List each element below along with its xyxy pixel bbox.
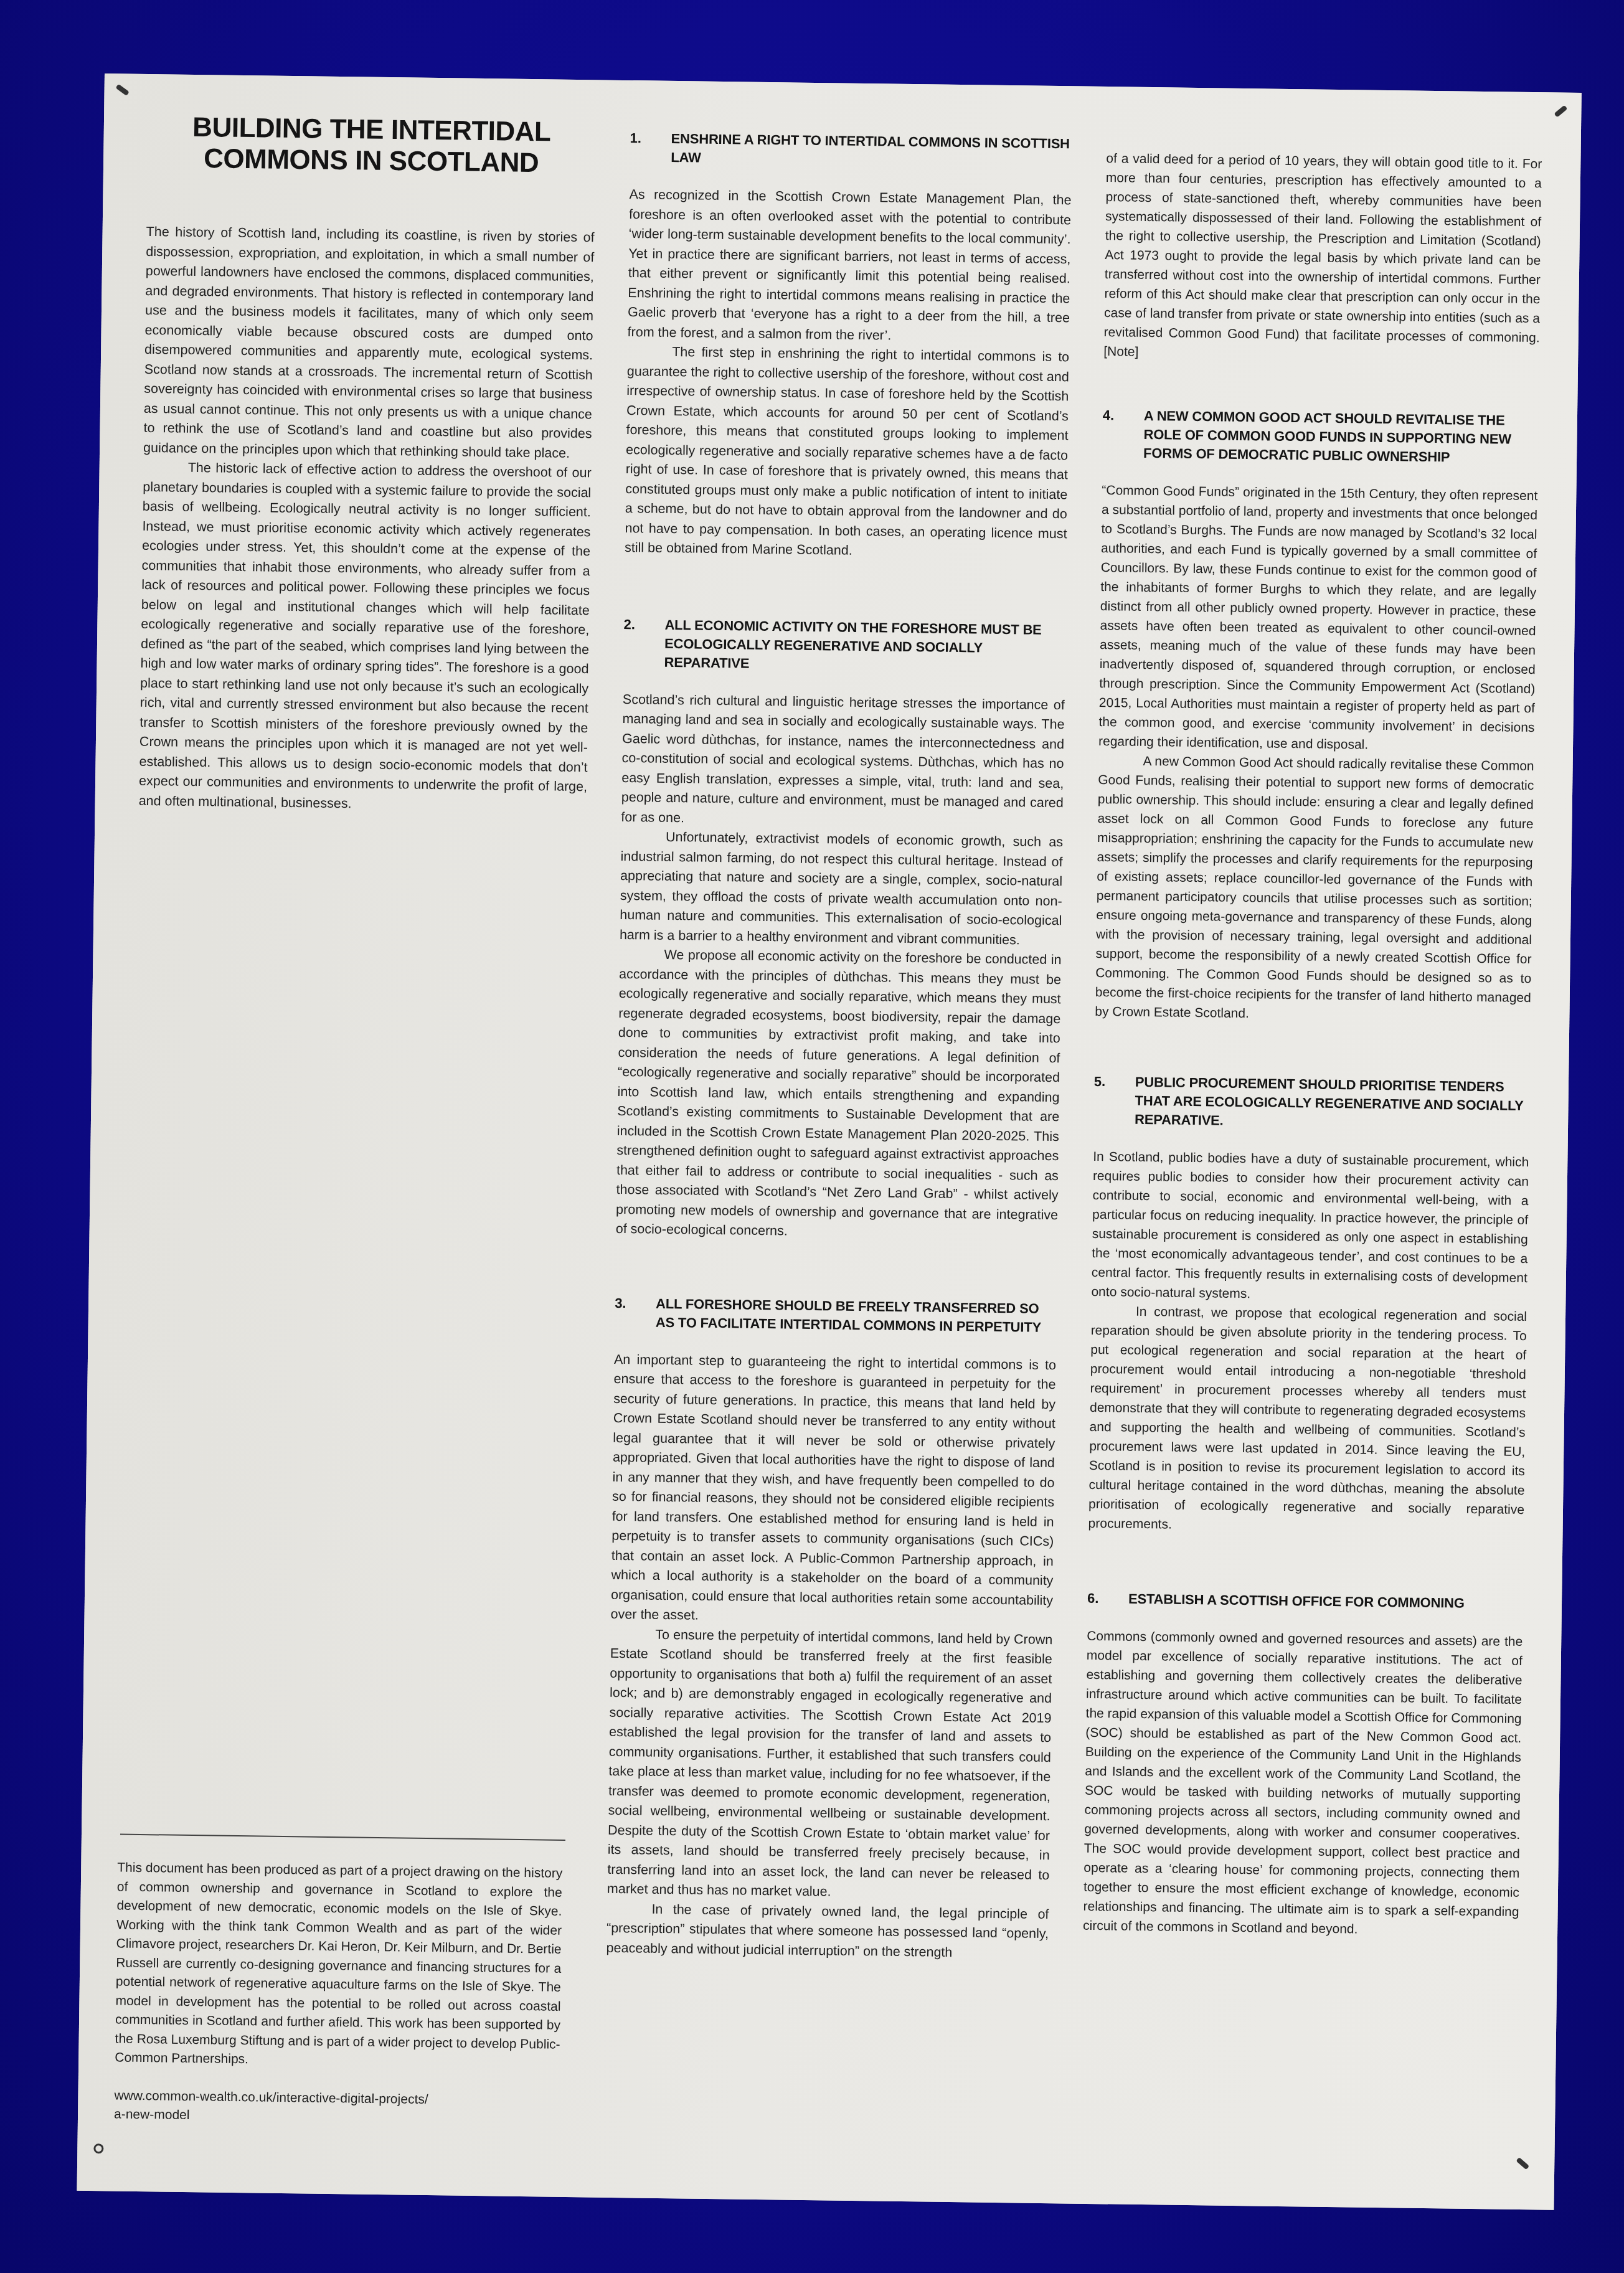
column-middle: 1. ENSHRINE A RIGHT TO INTERTIDAL COMMON… (606, 80, 1072, 1963)
paragraph: In Scotland, public bodies have a duty o… (1091, 1147, 1529, 1307)
url-line: www.common-wealth.co.uk/interactive-digi… (114, 2088, 428, 2107)
url-line: a-new-model (114, 2107, 190, 2122)
paragraph-continued: of a valid deed for a period of 10 years… (1103, 149, 1542, 367)
divider (120, 1834, 565, 1841)
paragraph: “Common Good Funds” originated in the 15… (1098, 481, 1538, 757)
section-number: 3. (615, 1293, 656, 1331)
intro-paragraph: The history of Scottish land, including … (143, 222, 595, 463)
section-number: 2. (623, 615, 665, 671)
section-4: 4. A NEW COMMON GOOD ACT SHOULD REVITALI… (1095, 406, 1539, 1027)
section-2: 2. ALL ECONOMIC ACTIVITY ON THE FORESHOR… (616, 615, 1066, 1244)
section-title: ALL ECONOMIC ACTIVITY ON THE FORESHORE M… (664, 615, 1066, 676)
section-title: ESTABLISH A SCOTTISH OFFICE FOR COMMONIN… (1128, 1590, 1523, 1614)
section-title: PUBLIC PROCUREMENT SHOULD PRIORITISE TEN… (1135, 1073, 1530, 1134)
section-number: 4. (1102, 406, 1144, 463)
section-heading: 4. A NEW COMMON GOOD ACT SHOULD REVITALI… (1102, 406, 1539, 468)
section-heading: 5. PUBLIC PROCUREMENT SHOULD PRIORITISE … (1093, 1072, 1530, 1134)
section-heading: 1. ENSHRINE A RIGHT TO INTERTIDAL COMMON… (630, 129, 1072, 172)
credits-text: This document has been produced as part … (115, 1859, 562, 2074)
paragraph: In contrast, we propose that ecological … (1088, 1302, 1527, 1539)
paragraph: To ensure the perpetuity of intertidal c… (607, 1624, 1053, 1904)
section-number: 5. (1093, 1072, 1135, 1129)
credits: This document has been produced as part … (114, 1859, 563, 2130)
section-3: 3. ALL FORESHORE SHOULD BE FREELY TRANSF… (606, 1293, 1057, 1963)
poster-title: BUILDING THE INTERTIDAL COMMONS IN SCOTL… (147, 111, 596, 179)
section-5: 5. PUBLIC PROCUREMENT SHOULD PRIORITISE … (1088, 1072, 1530, 1539)
section-heading: 3. ALL FORESHORE SHOULD BE FREELY TRANSF… (615, 1293, 1057, 1336)
project-url: www.common-wealth.co.uk/interactive-digi… (114, 2086, 560, 2130)
paragraph: Unfortunately, extractivist models of ec… (620, 827, 1063, 950)
column-right: of a valid deed for a period of 10 years… (1083, 87, 1543, 1941)
pin-icon (115, 84, 130, 96)
section-number: 6. (1087, 1589, 1128, 1609)
section-heading: 6. ESTABLISH A SCOTTISH OFFICE FOR COMMO… (1087, 1589, 1523, 1614)
paragraph: Scotland’s rich cultural and linguistic … (621, 689, 1065, 833)
section-title: A NEW COMMON GOOD ACT SHOULD REVITALISE … (1143, 407, 1539, 468)
paragraph: Commons (commonly owned and governed res… (1083, 1627, 1522, 1941)
paragraph: An important step to guaranteeing the ri… (610, 1349, 1056, 1630)
section-title: ALL FORESHORE SHOULD BE FREELY TRANSFERR… (656, 1294, 1057, 1336)
paragraph: We propose all economic activity on the … (616, 945, 1062, 1245)
section-1: 1. ENSHRINE A RIGHT TO INTERTIDAL COMMON… (625, 129, 1072, 564)
pin-hole-icon (93, 2143, 103, 2153)
paragraph: The first step in enshrining the right t… (625, 342, 1069, 564)
section-6: 6. ESTABLISH A SCOTTISH OFFICE FOR COMMO… (1083, 1589, 1523, 1941)
column-left: BUILDING THE INTERTIDAL COMMONS IN SCOTL… (139, 74, 597, 816)
pin-icon (1516, 2157, 1529, 2170)
poster: BUILDING THE INTERTIDAL COMMONS IN SCOTL… (77, 73, 1581, 2210)
paragraph: A new Common Good Act should radically r… (1095, 751, 1534, 1027)
section-heading: 2. ALL ECONOMIC ACTIVITY ON THE FORESHOR… (623, 615, 1066, 676)
paragraph: As recognized in the Scottish Crown Esta… (627, 185, 1071, 347)
section-title: ENSHRINE A RIGHT TO INTERTIDAL COMMONS I… (671, 130, 1072, 172)
paragraph: In the case of privately owned land, the… (606, 1899, 1049, 1963)
section-number: 1. (630, 129, 671, 167)
pin-icon (1554, 105, 1567, 118)
intro-paragraph: The historic lack of effective action to… (139, 458, 592, 816)
